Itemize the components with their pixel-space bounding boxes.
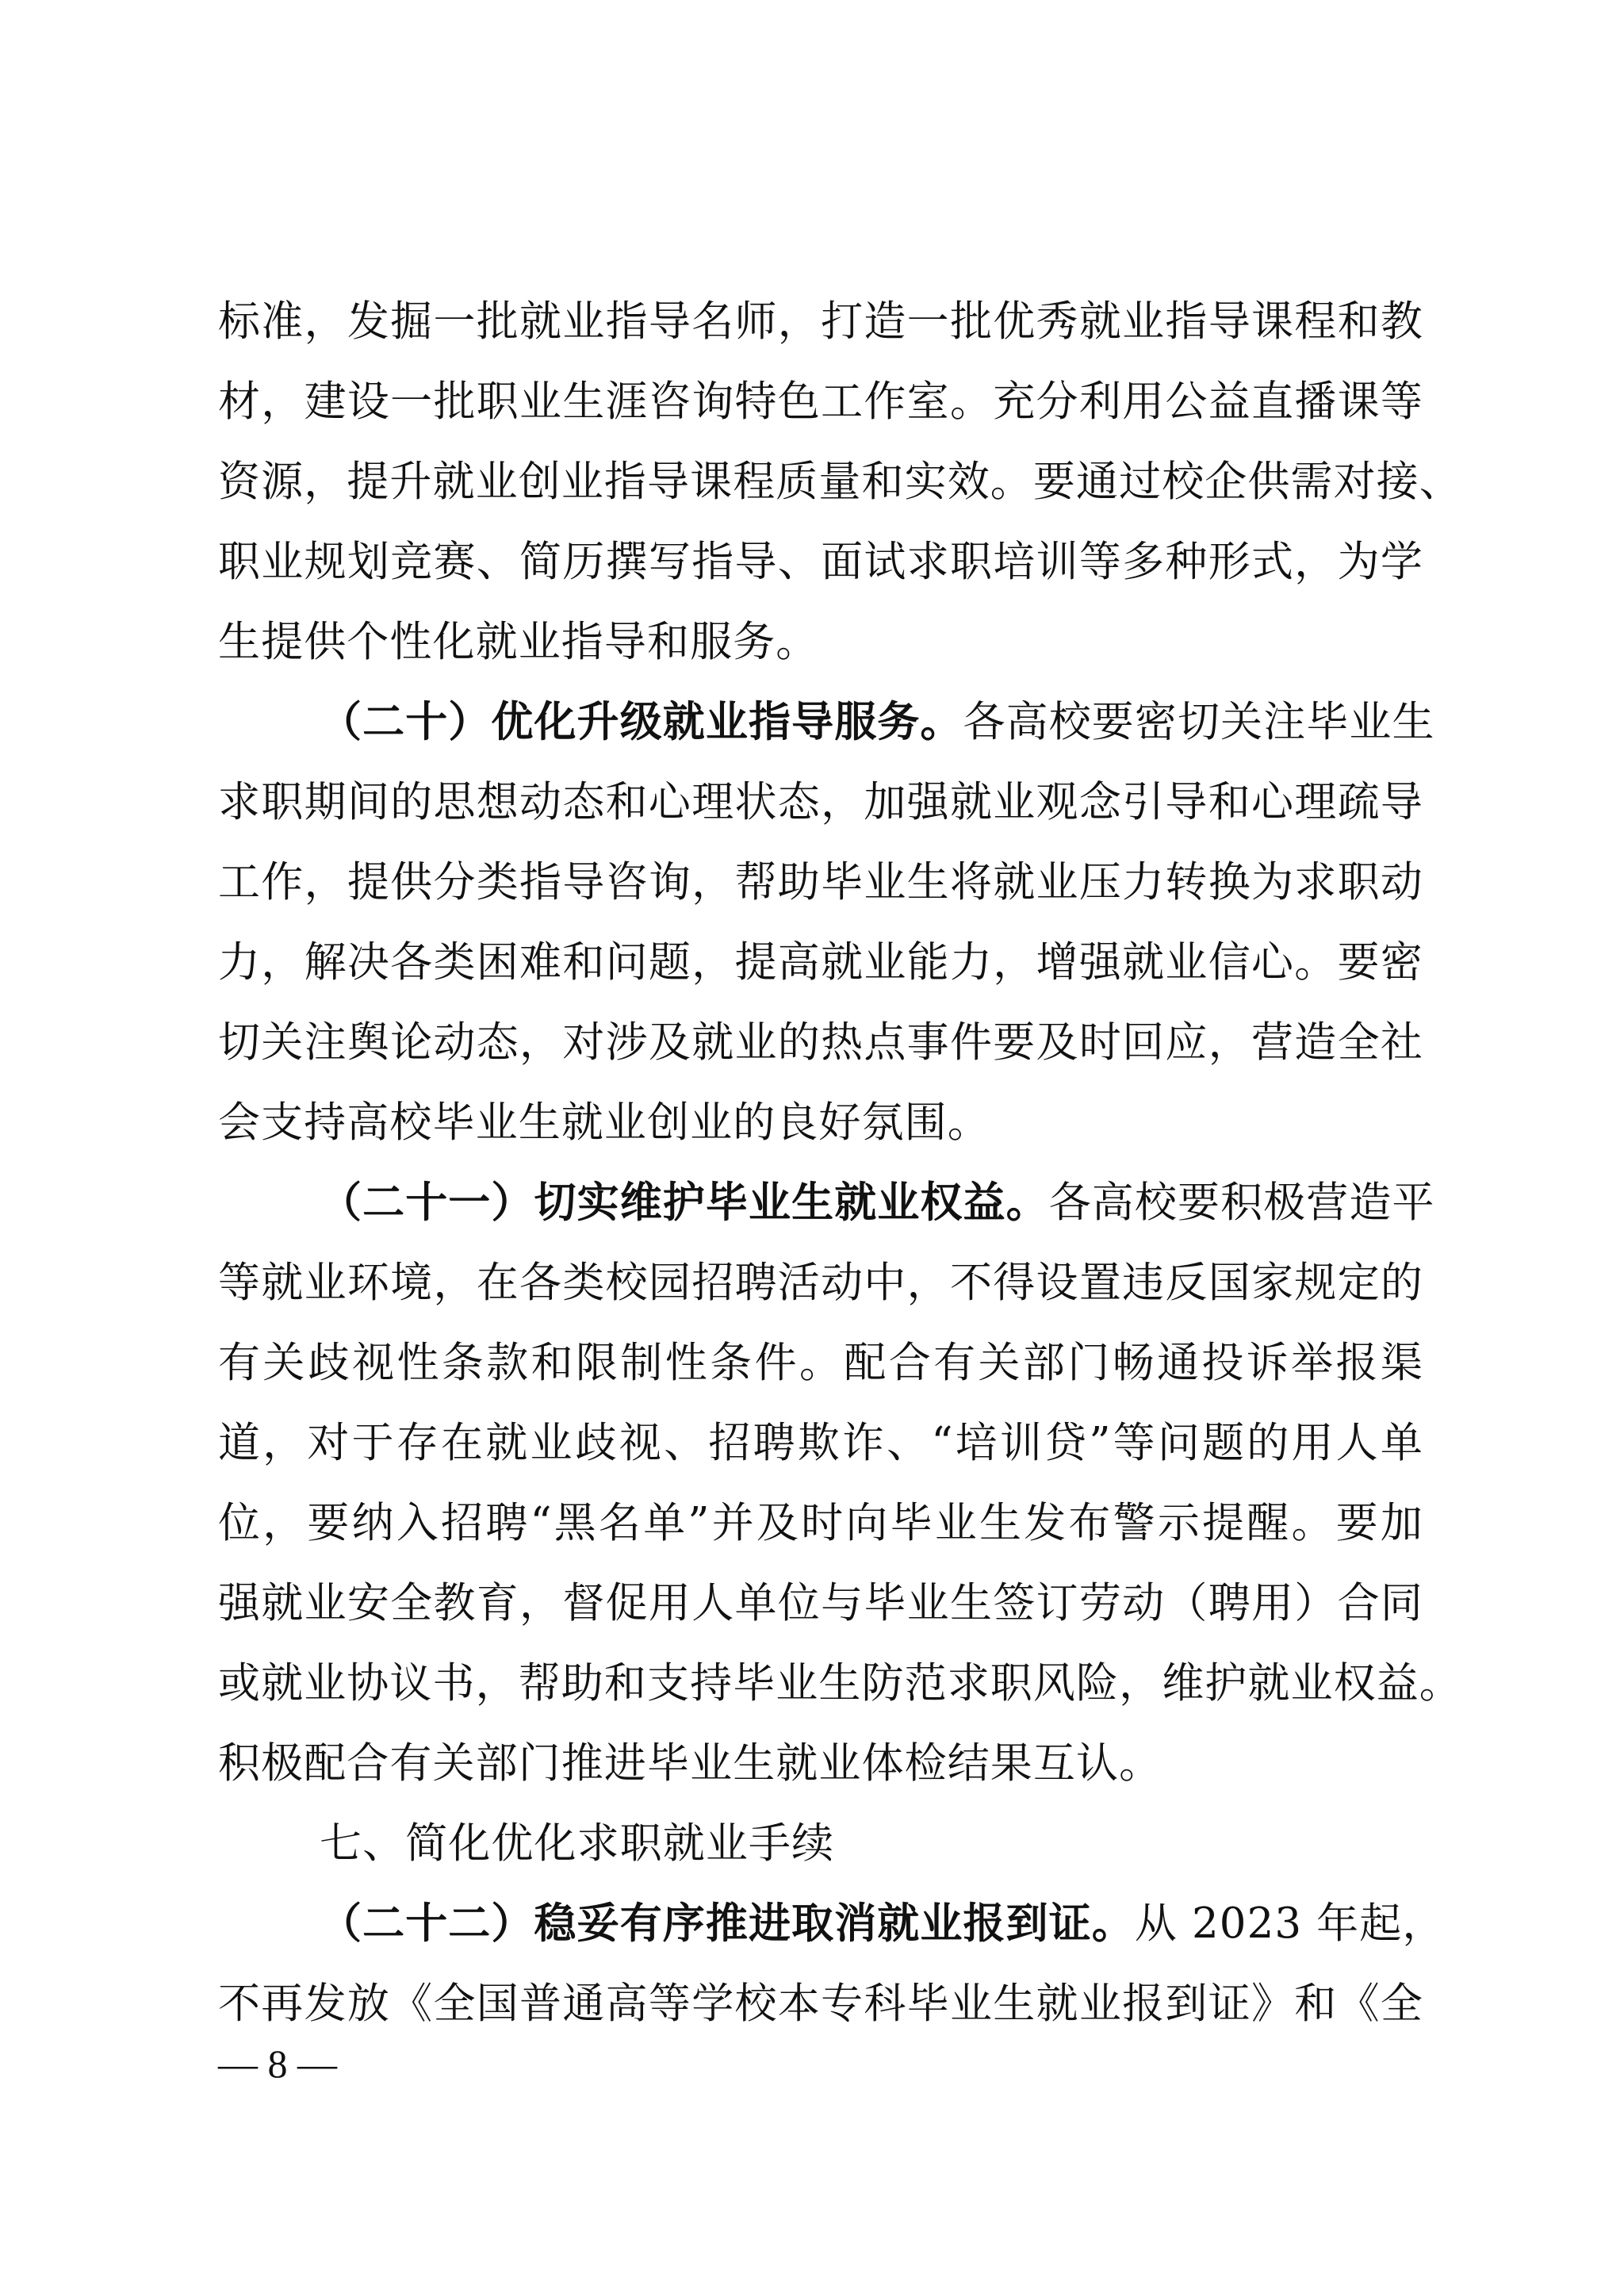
text-run: 从 2023 年起， xyxy=(1135,1899,1446,1948)
text-line: 道，对于存在就业歧视、招聘欺诈、“培训贷”等问题的用人单 xyxy=(218,1403,1423,1483)
text-line: 等就业环境，在各类校园招聘活动中，不得设置违反国家规定的 xyxy=(218,1243,1423,1323)
text-line: 材，建设一批职业生涯咨询特色工作室。充分利用公益直播课等 xyxy=(218,362,1423,442)
text-line: 工作，提供分类指导咨询，帮助毕业生将就业压力转换为求职动 xyxy=(218,842,1423,922)
section-7: 七、简化优化求职就业手续 xyxy=(218,1803,1423,1884)
paragraph-20: （二十）优化升级就业指导服务。各高校要密切关注毕业生 求职期间的思想动态和心理状… xyxy=(218,682,1423,1163)
paragraph-first-line: （二十二）稳妥有序推进取消就业报到证。从 2023 年起， xyxy=(218,1884,1423,1964)
text-line: 标准，发掘一批就业指导名师，打造一批优秀就业指导课程和教 xyxy=(218,282,1423,362)
paragraph-first-line: （二十一）切实维护毕业生就业权益。各高校要积极营造平 xyxy=(218,1163,1423,1243)
document-page: 标准，发掘一批就业指导名师，打造一批优秀就业指导课程和教 材，建设一批职业生涯咨… xyxy=(0,0,1624,2296)
text-line: 积极配合有关部门推进毕业生就业体检结果互认。 xyxy=(218,1723,1423,1803)
text-line: 求职期间的思想动态和心理状态，加强就业观念引导和心理疏导 xyxy=(218,762,1423,842)
paragraph-22: （二十二）稳妥有序推进取消就业报到证。从 2023 年起， 不再发放《全国普通高… xyxy=(218,1884,1423,2044)
text-run: 各高校要积极营造平 xyxy=(1049,1179,1435,1227)
text-line: 会支持高校毕业生就业创业的良好氛围。 xyxy=(218,1083,1423,1163)
paragraph-19-continuation: 标准，发掘一批就业指导名师，打造一批优秀就业指导课程和教 材，建设一批职业生涯咨… xyxy=(218,282,1423,682)
text-line: 位，要纳入招聘“黑名单”并及时向毕业生发布警示提醒。要加 xyxy=(218,1483,1423,1563)
text-line: 强就业安全教育，督促用人单位与毕业生签订劳动（聘用）合同 xyxy=(218,1563,1423,1643)
text-line: 生提供个性化就业指导和服务。 xyxy=(218,602,1423,682)
document-body: 标准，发掘一批就业指导名师，打造一批优秀就业指导课程和教 材，建设一批职业生涯咨… xyxy=(218,282,1423,2044)
text-line: 或就业协议书，帮助和支持毕业生防范求职风险，维护就业权益。 xyxy=(218,1643,1423,1723)
text-line: 切关注舆论动态，对涉及就业的热点事件要及时回应，营造全社 xyxy=(218,1002,1423,1083)
subsection-title-20: （二十）优化升级就业指导服务。 xyxy=(320,697,963,746)
subsection-title-22: （二十二）稳妥有序推进取消就业报到证。 xyxy=(320,1899,1135,1948)
section-heading: 七、简化优化求职就业手续 xyxy=(218,1803,1423,1884)
text-run: 各高校要密切关注毕业生 xyxy=(963,698,1435,746)
text-line: 有关歧视性条款和限制性条件。配合有关部门畅通投诉举报渠 xyxy=(218,1323,1423,1403)
text-line: 职业规划竞赛、简历撰写指导、面试求职培训等多种形式，为学 xyxy=(218,522,1423,602)
page-number: — 8 — xyxy=(218,2040,337,2087)
text-line: 力，解决各类困难和问题，提高就业能力，增强就业信心。要密 xyxy=(218,922,1423,1002)
text-line: 资源，提升就业创业指导课程质量和实效。要通过校企供需对接、 xyxy=(218,442,1423,522)
text-line: 不再发放《全国普通高等学校本专科毕业生就业报到证》和《全 xyxy=(218,1964,1423,2044)
paragraph-21: （二十一）切实维护毕业生就业权益。各高校要积极营造平 等就业环境，在各类校园招聘… xyxy=(218,1163,1423,1803)
subsection-title-21: （二十一）切实维护毕业生就业权益。 xyxy=(320,1178,1049,1227)
paragraph-first-line: （二十）优化升级就业指导服务。各高校要密切关注毕业生 xyxy=(218,682,1423,762)
